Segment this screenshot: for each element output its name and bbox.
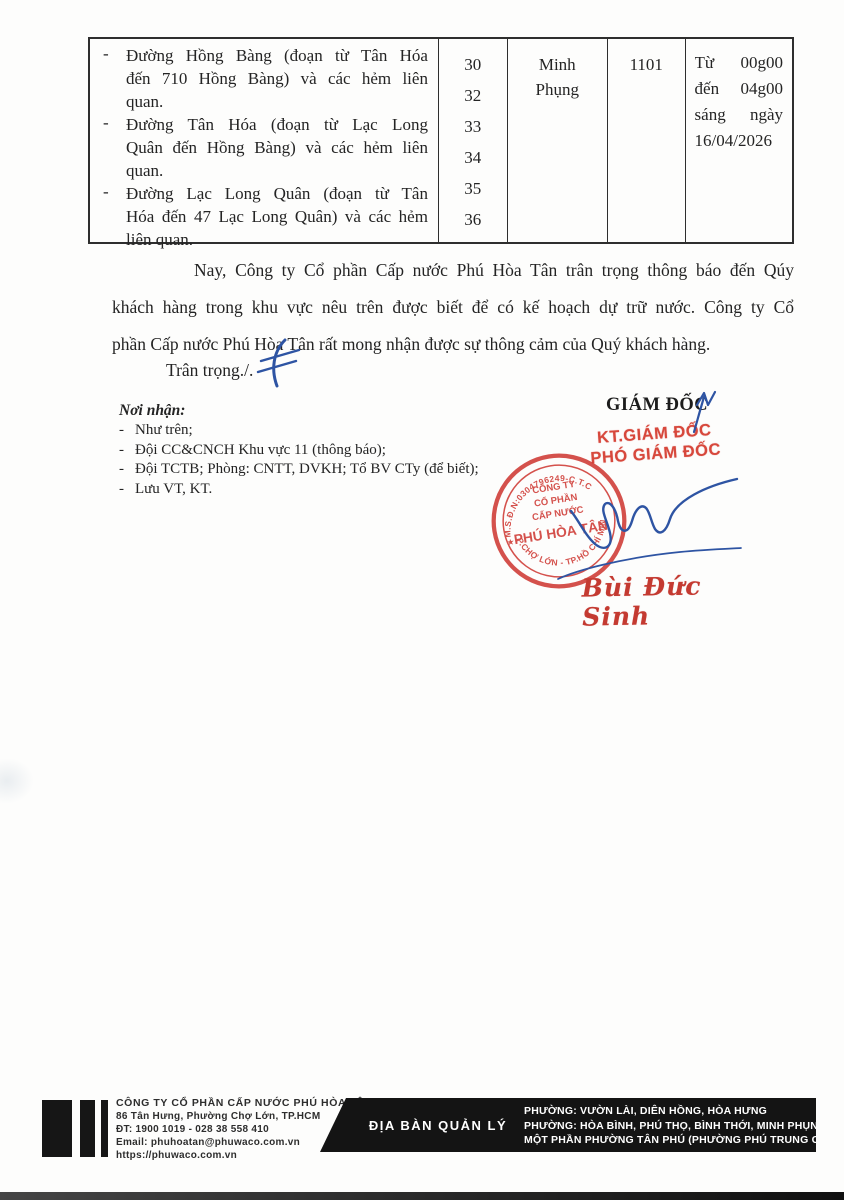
zone-number: 32 [439, 80, 507, 111]
table-col-streets: - Đường Hồng Bàng (đoạn từ Tân Hóa đến 7… [90, 39, 438, 242]
ward-name-line: Minh [508, 52, 607, 77]
company-logo-icon [42, 1100, 72, 1157]
recipient-item: -Đội TCTB; Phòng: CNTT, DVKH; Tổ BV CTy … [119, 460, 479, 480]
bullet-dash: - [119, 480, 135, 500]
recipient-item: -Lưu VT, KT. [119, 480, 479, 500]
scanned-notice-page: - Đường Hồng Bàng (đoạn từ Tân Hóa đến 7… [0, 0, 844, 1200]
street-line: liên quan. [126, 228, 428, 251]
footer-company-name: CÔNG TY CỔ PHẦN CẤP NƯỚC PHÚ HÒA TÂN [116, 1097, 373, 1110]
recipient-text: Đội TCTB; Phòng: CNTT, DVKH; Tổ BV CTy (… [135, 461, 479, 477]
paragraph-line: khách hàng trong khu vực nêu trên được b… [112, 289, 794, 326]
street-item: - Đường Lạc Long Quân (đoạn từ Tân Hóa đ… [90, 182, 438, 251]
signer-title: GIÁM ĐỐC [606, 395, 708, 416]
time-line: đến 04g00 [695, 76, 783, 102]
closing-salutation: Trân trọng./. [166, 360, 253, 381]
zone-number: 30 [439, 49, 507, 80]
time-line: sáng ngày [695, 102, 783, 128]
signer-name: Bùi Đức Sinh [582, 570, 763, 631]
ward-name-line: Phụng [508, 77, 607, 102]
bullet-dash: - [119, 441, 135, 461]
street-line: Đường Hồng Bàng (đoạn từ Tân Hóa [126, 44, 428, 67]
recipients-block: Nơi nhận: -Như trên; -Đội CC&CNCH Khu vự… [119, 400, 479, 499]
company-logo-icon [80, 1100, 95, 1157]
seal-bottom-arc-text: P.CHỢ LỚN - TP.HỒ CHÍ MINH [478, 440, 614, 579]
ward-list-line: PHƯỜNG: HÒA BÌNH, PHÚ THỌ, BÌNH THỚI, MI… [524, 1119, 831, 1134]
ward-list-line: MỘT PHẦN PHƯỜNG TÂN PHÚ (PHƯỜNG PHÚ TRUN… [524, 1133, 831, 1148]
bullet-dash: - [103, 44, 109, 64]
street-item: - Đường Hồng Bàng (đoạn từ Tân Hóa đến 7… [90, 44, 438, 113]
footer-address: 86 Tân Hưng, Phường Chợ Lớn, TP.HCM [116, 1110, 373, 1123]
recipient-item: -Đội CC&CNCH Khu vực 11 (thông báo); [119, 441, 479, 461]
zone-number: 36 [439, 204, 507, 235]
ward-list-line: PHƯỜNG: VƯỜN LÀI, DIÊN HỒNG, HÒA HƯNG [524, 1104, 831, 1119]
bullet-dash: - [103, 182, 109, 202]
service-area-label: ĐỊA BÀN QUẢN LÝ [352, 1098, 524, 1152]
paragraph-line: phần Cấp nước Phú Hòa Tân rất mong nhận … [112, 326, 794, 363]
recipient-text: Như trên; [135, 422, 193, 438]
scan-bottom-edge [0, 1192, 844, 1200]
company-logo-icon [101, 1100, 108, 1157]
street-line: đến 710 Hồng Bàng) và các hẻm liên [126, 67, 428, 90]
table-col-zone-numbers: 30 32 33 34 35 36 [438, 39, 507, 242]
street-line: Đường Tân Hóa (đoạn từ Lạc Long [126, 113, 428, 136]
service-area-wards: PHƯỜNG: VƯỜN LÀI, DIÊN HỒNG, HÒA HƯNG PH… [524, 1104, 831, 1148]
bullet-dash: - [103, 113, 109, 133]
notice-paragraph: Nay, Công ty Cổ phần Cấp nước Phú Hòa Tâ… [112, 252, 794, 363]
paragraph-line: Nay, Công ty Cổ phần Cấp nước Phú Hòa Tâ… [112, 252, 794, 289]
recipient-item: -Như trên; [119, 421, 479, 441]
time-line: Từ 00g00 [695, 50, 783, 76]
street-line: quan. [126, 90, 428, 113]
table-col-dma: 1101 [607, 39, 685, 242]
table-col-time: Từ 00g00 đến 04g00 sáng ngày 16/04/2026 [685, 39, 792, 242]
street-line: quan. [126, 159, 428, 182]
svg-text:P.CHỢ LỚN - TP.HỒ CHÍ MINH: P.CHỢ LỚN - TP.HỒ CHÍ MINH [478, 440, 614, 579]
street-line: Đường Lạc Long Quân (đoạn từ Tân [126, 182, 428, 205]
time-line: 16/04/2026 [695, 128, 783, 154]
recipient-text: Lưu VT, KT. [135, 481, 212, 497]
zone-number: 33 [439, 111, 507, 142]
bullet-dash: - [119, 421, 135, 441]
street-item: - Đường Tân Hóa (đoạn từ Lạc Long Quân đ… [90, 113, 438, 182]
street-line: Quân đến Hồng Bàng) và các hẻm liên [126, 136, 428, 159]
zone-number: 34 [439, 142, 507, 173]
dma-code: 1101 [608, 52, 685, 77]
bullet-dash: - [119, 460, 135, 480]
footer-service-area-band: ĐỊA BÀN QUẢN LÝ PHƯỜNG: VƯỜN LÀI, DIÊN H… [320, 1098, 816, 1152]
zone-number: 35 [439, 173, 507, 204]
table-col-ward: Minh Phụng [507, 39, 607, 242]
recipients-header: Nơi nhận: [119, 400, 479, 421]
street-line: Hóa đến 47 Lạc Long Quân) và các hẻm [126, 205, 428, 228]
water-outage-table: - Đường Hồng Bàng (đoạn từ Tân Hóa đến 7… [88, 37, 794, 244]
scan-smudge [0, 758, 34, 804]
recipient-text: Đội CC&CNCH Khu vực 11 (thông báo); [135, 442, 386, 458]
